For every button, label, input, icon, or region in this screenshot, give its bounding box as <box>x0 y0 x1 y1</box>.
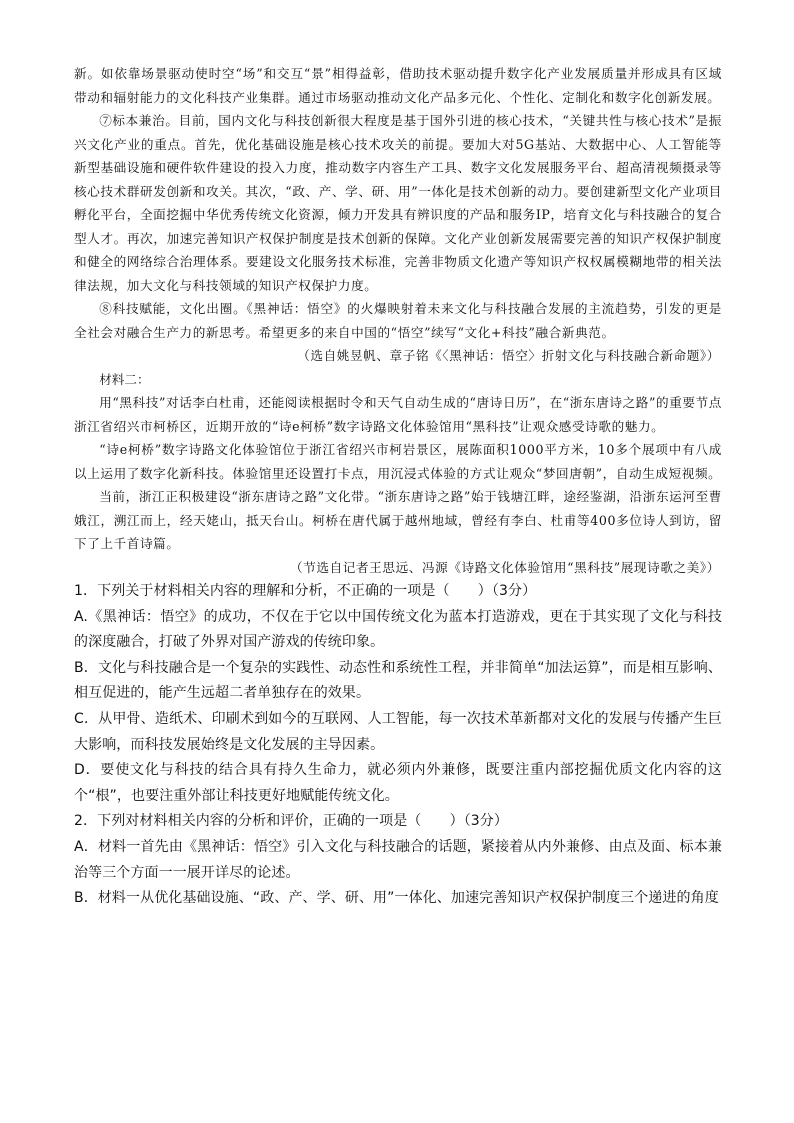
question-stem: 2．下列对材料相关内容的分析和评价，正确的一项是（ ）（3分） <box>74 809 722 835</box>
option-c: C．从甲骨、造纸术、印刷术到如今的互联网、人工智能，每一次技术革新都对文化的发展… <box>74 707 722 758</box>
question-stem: 1．下列关于材料相关内容的理解和分析，不正确的一项是（ ）（3分） <box>74 579 722 605</box>
question-1: 1．下列关于材料相关内容的理解和分析，不正确的一项是（ ）（3分） A.《黑神话… <box>74 579 722 809</box>
material-two-paragraph-3: 当前，浙江正积极建设“浙东唐诗之路”文化带。“浙东唐诗之路”始于钱塘江畔，途经鉴… <box>74 485 722 556</box>
option-a: A．材料一首先由《黑神话：悟空》引入文化与科技融合的话题，紧接着从内外兼修、由点… <box>74 835 722 886</box>
question-2: 2．下列对材料相关内容的分析和评价，正确的一项是（ ）（3分） A．材料一首先由… <box>74 809 722 911</box>
option-d: D．要使文化与科技的结合具有持久生命力，就必须内外兼修，既要注重内部挖掘优质文化… <box>74 758 722 809</box>
material-one-paragraph-7: ⑦标本兼治。目前，国内文化与科技创新很大程度是基于国外引进的核心技术，“关键共性… <box>74 109 722 297</box>
option-b: B．材料一从优化基础设施、“政、产、学、研、用”一体化、加速完善知识产权保护制度… <box>74 886 722 912</box>
material-two-label: 材料二： <box>74 368 722 392</box>
option-b: B．文化与科技融合是一个复杂的实践性、动态性和系统性工程，并非简单“加法运算”，… <box>74 656 722 707</box>
material-one-source: （选自姚昱帆、章子铭《〈黑神话：悟空〉折射文化与科技融合新命题》） <box>74 344 722 368</box>
material-one-paragraph-8: ⑧科技赋能，文化出圈。《黑神话：悟空》的火爆映射着未来文化与科技融合发展的主流趋… <box>74 297 722 344</box>
material-two-paragraph-1: 用“黑科技”对话李白杜甫，还能阅读根据时令和天气自动生成的“唐诗日历”，在“浙东… <box>74 391 722 438</box>
option-a: A.《黑神话：悟空》的成功，不仅在于它以中国传统文化为蓝本打造游戏，更在于其实现… <box>74 605 722 656</box>
material-two-paragraph-2: “诗e柯桥”数字诗路文化体验馆位于浙江省绍兴市柯岩景区，展陈面积1000平方米，… <box>74 438 722 485</box>
exam-page: 新。如依靠场景驱动使时空“场”和交互“景”相得益彰，借助技术驱动提升数字化产业发… <box>74 62 722 912</box>
material-one-paragraph-continued: 新。如依靠场景驱动使时空“场”和交互“景”相得益彰，借助技术驱动提升数字化产业发… <box>74 62 722 109</box>
material-two-source: （节选自记者王思远、冯源《诗路文化体验馆用“黑科技”展现诗歌之美》） <box>74 556 722 580</box>
